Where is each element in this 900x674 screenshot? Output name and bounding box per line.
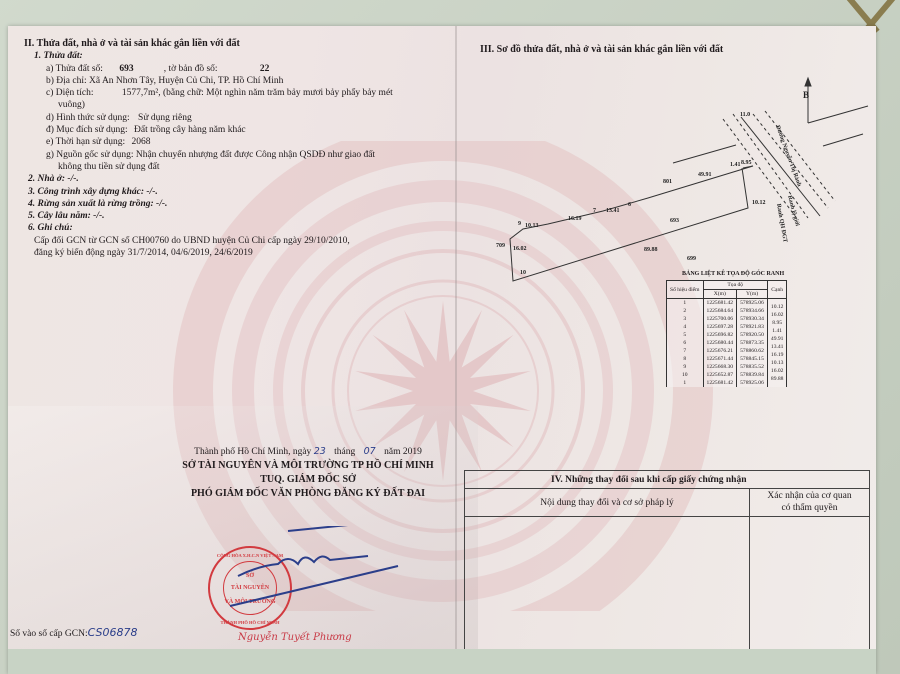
coord-x-cell: 1225681.42 [703, 379, 737, 387]
confirmation-cell [750, 517, 870, 669]
col-header-y: Y(m) [737, 290, 768, 299]
coord-x-cell: 1225700.06 [703, 315, 737, 323]
coord-x-cell: 1225652.87 [703, 371, 737, 379]
coord-point-cell: 3 [667, 315, 704, 323]
edge-length-cell: 1.41 [767, 327, 787, 335]
edge-label: 16.19 [568, 216, 582, 222]
coord-point-cell: 6 [667, 339, 704, 347]
neighbor-parcel-west: 709 [496, 243, 505, 249]
coord-x-cell: 1225676.21 [703, 347, 737, 355]
coord-point-cell: 4 [667, 323, 704, 331]
edge-label: 10.13 [525, 223, 539, 229]
place-date-prefix: Thành phố Hồ Chí Minh, ngày [194, 447, 311, 457]
north-arrow-label: B [803, 90, 809, 100]
col-header-confirmation: Xác nhận của cơ quan có thẩm quyền [750, 489, 870, 517]
col-header-coords: Tọa độ [703, 281, 767, 290]
coord-y-cell: 578920.50 [737, 331, 768, 339]
issue-year: 2019 [403, 447, 422, 457]
edge-label: 13.41 [606, 208, 620, 214]
coord-x-cell: 1225697.28 [703, 323, 737, 331]
edge-label: 49.91 [698, 172, 712, 178]
vertex-label: 7 [593, 208, 596, 214]
signature-block: Thành phố Hồ Chí Minh, ngày 23 tháng 07 … [158, 445, 458, 501]
road-width-label: 11.0 [740, 112, 750, 118]
coord-point-cell: 1 [667, 299, 704, 308]
edge-length-cell: 49.91 [767, 335, 787, 343]
seal-ring-text-bottom: THÀNH PHỐ HỒ CHÍ MINH [210, 620, 290, 625]
coord-y-cell: 578839.84 [737, 371, 768, 379]
coord-y-cell: 578845.15 [737, 355, 768, 363]
edge-length-cell: 10.13 [767, 359, 787, 367]
edge-label: 89.88 [644, 247, 658, 253]
coord-x-cell: 1225671.44 [703, 355, 737, 363]
vertex-label: 10 [520, 270, 526, 276]
coord-table-title: BẢNG LIỆT KÊ TỌA ĐỘ GÓC RANH [682, 271, 784, 277]
coord-y-cell: 578835.52 [737, 363, 768, 371]
coord-point-cell: 8 [667, 355, 704, 363]
road-name-label: Đường Nguyễn Thị Rành [774, 124, 803, 188]
year-label: năm [384, 447, 400, 457]
coord-point-cell: 10 [667, 371, 704, 379]
confirmation-header-line-1: Xác nhận của cơ quan [751, 490, 868, 502]
coord-x-cell: 1225684.64 [703, 307, 737, 315]
confirmation-header-line-2: có thẩm quyền [751, 502, 868, 514]
parcel-diagram: B 11.0 801 693 699 709 49.91 13.41 16.19… [8, 26, 876, 286]
coord-y-cell: 578860.62 [737, 347, 768, 355]
neighbor-parcel-north: 801 [663, 179, 672, 185]
registry-number-row: Số vào sổ cấp GCN:CS06878 [10, 626, 137, 639]
col-header-point: Số hiệu điểm [667, 281, 704, 299]
land-certificate-page: II. Thửa đất, nhà ở và tài sản khác gắn … [8, 26, 876, 674]
registry-number-label: Số vào sổ cấp GCN: [10, 629, 88, 639]
coord-point-cell: 9 [667, 363, 704, 371]
coord-y-cell: 578925.06 [737, 299, 768, 308]
on-behalf-line: TUQ. GIÁM ĐỐC SỞ [158, 473, 458, 487]
col-header-edge: Cạnh [767, 281, 787, 299]
col-header-x: X(m) [703, 290, 737, 299]
coord-point-cell: 2 [667, 307, 704, 315]
vertex-label: 9 [518, 221, 521, 227]
coord-x-cell: 1225680.44 [703, 339, 737, 347]
issue-day: 23 [314, 446, 326, 457]
neighbor-parcel-south: 699 [687, 256, 696, 262]
boundary-label-2: Ranh QH ĐGT [775, 203, 788, 243]
issue-month: 07 [364, 446, 376, 457]
edge-length-cell: 8.95 [767, 319, 787, 327]
edge-length-cell: 16.02 [767, 367, 787, 375]
signer-position: PHÓ GIÁM ĐỐC VĂN PHÒNG ĐĂNG KÝ ĐẤT ĐAI [158, 487, 458, 501]
issuing-agency: SỞ TÀI NGUYÊN VÀ MÔI TRƯỜNG TP HỒ CHÍ MI… [158, 459, 458, 473]
signer-name: Nguyễn Tuyết Phương [238, 632, 352, 643]
registry-number-value: CS06878 [88, 626, 138, 639]
month-label: tháng [334, 447, 355, 457]
coord-x-cell: 1225696.82 [703, 331, 737, 339]
coord-x-cell: 1225681.42 [703, 299, 737, 308]
coord-point-cell: 5 [667, 331, 704, 339]
coord-x-cell: 1225668.30 [703, 363, 737, 371]
edge-length-cell: 16.19 [767, 351, 787, 359]
edge-length-cell: 89.88 [767, 375, 787, 383]
coord-point-cell: 1 [667, 379, 704, 387]
place-date-line: Thành phố Hồ Chí Minh, ngày 23 tháng 07 … [158, 445, 458, 459]
corner-coordinates-table: Số hiệu điểm Tọa độ Cạnh X(m) Y(m) 11225… [666, 280, 787, 387]
change-content-cell [465, 517, 750, 669]
vertex-label: 6 [628, 202, 631, 208]
coord-y-cell: 578930.34 [737, 315, 768, 323]
col-header-change-content: Nội dung thay đổi và cơ sở pháp lý [465, 489, 750, 517]
edge-length-cell: 10.12 [767, 303, 787, 312]
edge-label: 10.12 [752, 200, 766, 206]
edge-label: 1.41 [730, 162, 741, 168]
coord-y-cell: 578925.06 [737, 379, 768, 387]
handwritten-signature [218, 526, 418, 616]
boundary-label-1: Ranh lộ giới [786, 195, 800, 227]
changes-after-issuance-table: IV. Những thay đổi sau khi cấp giấy chứn… [464, 470, 870, 669]
edge-label: 16.02 [513, 246, 527, 252]
coord-point-cell: 7 [667, 347, 704, 355]
section-iv-title: IV. Những thay đổi sau khi cấp giấy chứn… [465, 471, 870, 489]
coord-y-cell: 578873.35 [737, 339, 768, 347]
edge-label: 8.95 [741, 160, 752, 166]
parcel-label: 693 [670, 218, 679, 224]
tile-floor-strip [8, 649, 876, 674]
edge-length-cell: 16.02 [767, 311, 787, 319]
coord-table-row: 11225681.42578925.0610.12 [667, 299, 787, 308]
edge-length-cell: 13.41 [767, 343, 787, 351]
coord-y-cell: 578934.66 [737, 307, 768, 315]
coord-y-cell: 578921.83 [737, 323, 768, 331]
